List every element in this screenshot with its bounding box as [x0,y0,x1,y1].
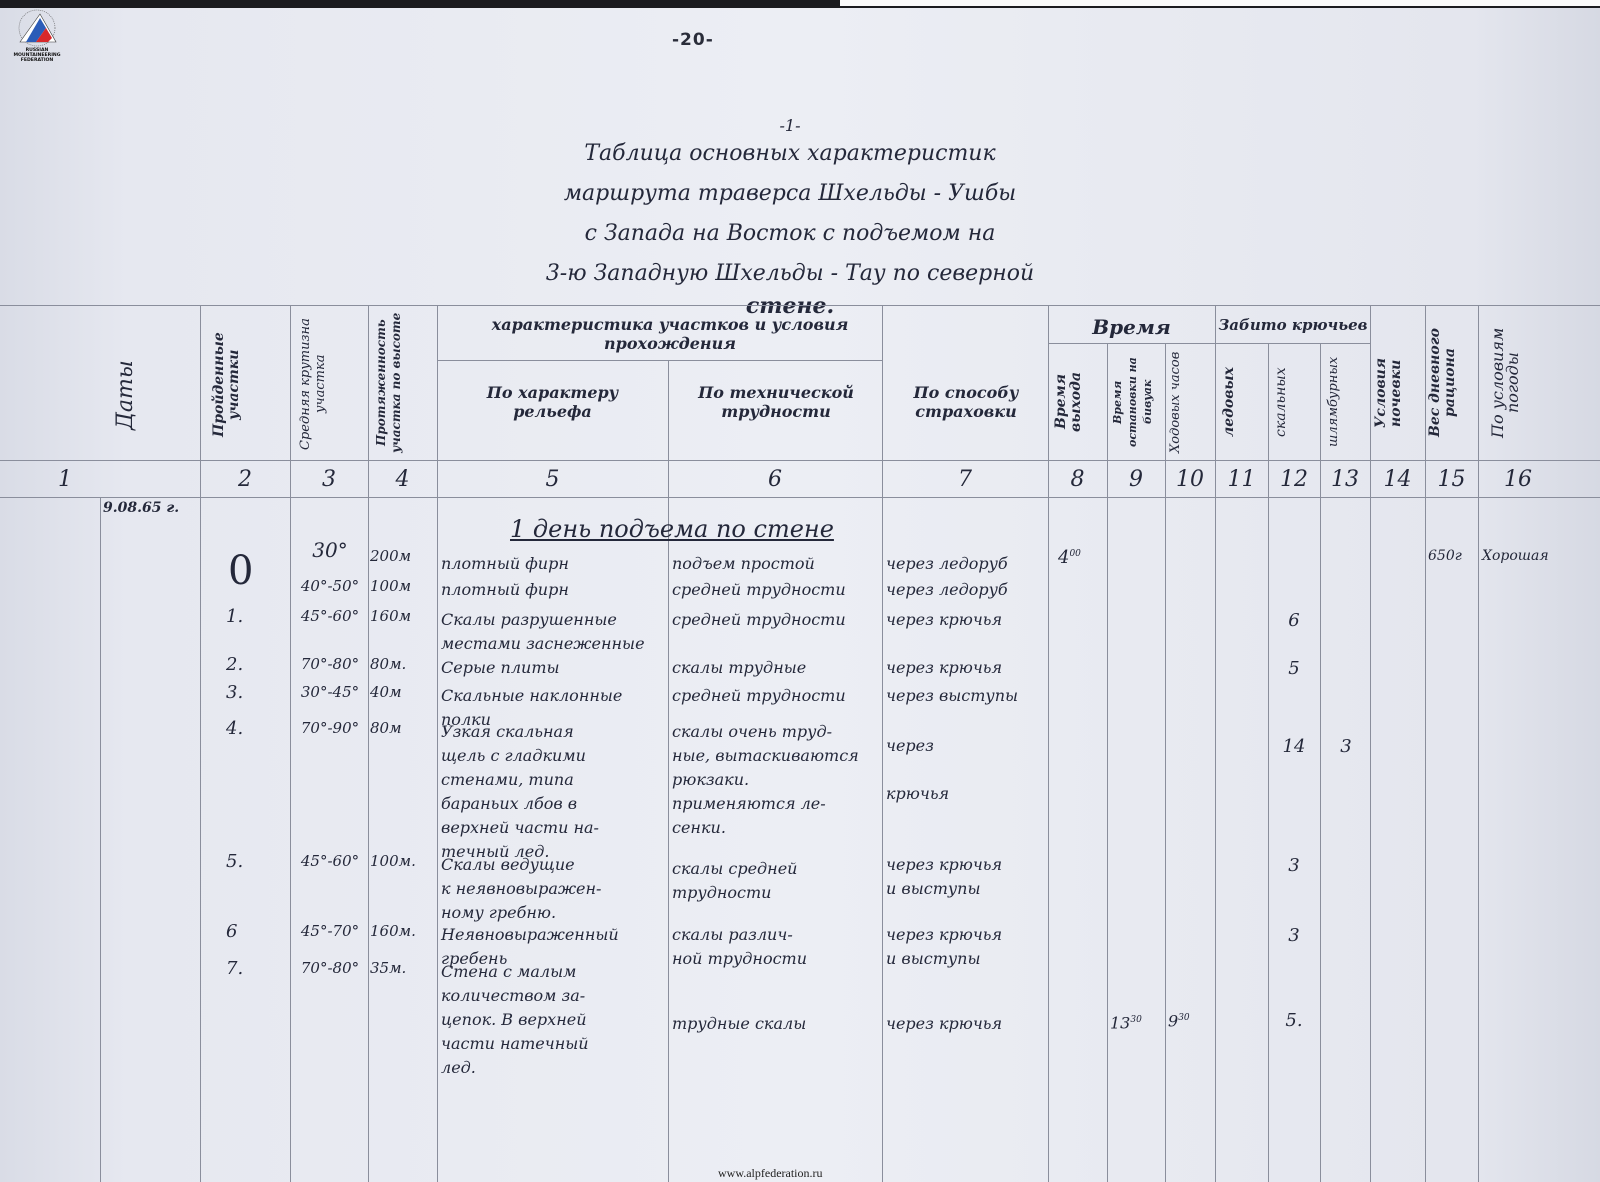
column-number: 6 [668,467,882,492]
length-cell: 160м [370,608,436,625]
page-number: -20- [672,30,714,50]
steepness-cell: 70°-80° [294,656,366,673]
header-avg-steepness: Средняя крутизна участка [298,310,358,458]
header-weather: По условиям погоды [1490,310,1550,456]
header-time-group: Время [1050,318,1213,337]
title-line: Таблица основных характеристик [470,134,1110,174]
column-number: 8 [1048,467,1107,492]
footer-url: www.alpfederation.ru [718,1166,823,1181]
header-section-length: Протяженность участка по высоте [374,308,432,458]
section-number-cell: 4. [226,720,286,737]
walking-hours-cell: 930 [1168,1010,1216,1029]
relief-cell: Серые плиты [441,656,666,680]
rock-pitons-cell: 6 [1272,612,1316,629]
header-technical-difficulty: По технической трудности [676,383,876,421]
column-number: 7 [882,467,1048,492]
steepness-cell: 45°-60° [294,608,366,625]
rock-pitons-cell: 3 [1272,927,1316,944]
steepness-cell: 45°-70° [294,923,366,940]
relief-cell: плотный фирн [441,578,666,602]
section-number-cell: 6 [226,923,286,940]
column-number: 4 [368,467,437,492]
relief-cell: плотный фирн [441,552,666,576]
steepness-cell: 45°-60° [294,853,366,870]
length-cell: 160м. [370,923,436,940]
rock-pitons-cell: 5. [1272,1012,1316,1029]
steepness-cell: 30°-45° [294,684,366,701]
belay-cell: через крючья и выступы [886,853,1046,901]
length-cell: 80м [370,720,436,737]
relief-cell: Скалы ведущие к неявновыражен- ному греб… [441,853,666,925]
length-cell: 200м [370,548,436,565]
belay-cell: через крючья и выступы [886,923,1046,971]
header-bivouac-time: Время остановки на бивуак [1110,348,1162,456]
difficulty-cell: трудные скалы [672,1012,880,1036]
header-exit-time: Время выхода [1054,348,1102,456]
rock-pitons-cell: 3 [1272,857,1316,874]
difficulty-cell: скалы очень труд- ные, вытаскиваются рюк… [672,720,880,840]
header-sections-passed: Пройденные участки [212,312,272,457]
belay-cell: через выступы [886,684,1046,708]
steepness-cell: 30° [294,542,366,559]
mountain-flag-icon [6,8,68,48]
day-title: 1 день подъема по стене [510,515,834,543]
bivouac-time-cell: 1330 [1110,1012,1166,1031]
difficulty-cell: подъем простой [672,552,880,576]
header-rock-pitons: скальных [1274,348,1316,456]
column-number: 12 [1268,467,1320,492]
column-number: 5 [437,467,668,492]
section-number-cell: 3. [226,684,286,701]
relief-cell: Скалы разрушенные местами заснеженные [441,608,666,656]
rock-pitons-cell: 5 [1272,660,1316,677]
header-belay-method: По способу страховки [886,383,1046,421]
difficulty-cell: скалы различ- ной трудности [672,923,880,971]
column-number: 2 [200,467,290,492]
steepness-cell: 40°-50° [294,578,366,595]
difficulty-cell: скалы средней трудности [672,857,880,905]
federation-logo: RUSSIAN MOUNTAINEERING FEDERATION [6,8,68,60]
header-characteristics-group: характеристика участков и условия прохож… [470,315,870,353]
difficulty-cell: средней трудности [672,684,880,708]
belay-cell: через крючья [886,608,1046,632]
section-number-cell: 7. [226,960,286,977]
date-cell: 9.08.65 г. [103,500,179,516]
column-number: 14 [1370,467,1425,492]
zero-section-marker: 0 [228,548,253,594]
title-line: 3-ю Западную Шхельды - Тау по северной [470,254,1110,294]
header-walking-hours: Ходовых часов [1168,348,1212,456]
exit-time-cell: 400 [1058,546,1106,566]
belay-cell: через ледоруб [886,578,1046,602]
section-number-cell: 5. [226,853,286,870]
difficulty-cell: средней трудности [672,578,880,602]
header-ice-pitons: ледовых [1222,348,1264,456]
length-cell: 100м [370,578,436,595]
column-number: 11 [1215,467,1268,492]
header-ration-weight: Вес дневного рациона [1428,310,1476,456]
column-number: 13 [1320,467,1370,492]
relief-cell: Стена с малым количеством за- цепок. В в… [441,960,666,1080]
rock-pitons-cell: 14 [1272,738,1316,755]
length-cell: 35м. [370,960,436,977]
column-number: 9 [1107,467,1165,492]
header-overnight-conditions: Условия ночевки [1374,330,1422,456]
section-number: -1- [470,118,1110,134]
column-number: 16 [1478,467,1558,492]
bolts-cell: 3 [1324,738,1368,755]
header-pitons-group: Забито крючьев [1217,316,1369,335]
scan-top-edge [0,0,1600,8]
belay-cell: через ледоруб [886,552,1046,576]
length-cell: 40м [370,684,436,701]
belay-cell: через крючья [886,1012,1046,1036]
steepness-cell: 70°-90° [294,720,366,737]
title-line: маршрута траверса Шхельды - Ушбы [470,174,1110,214]
length-cell: 100м. [370,853,436,870]
header-bolts: шлямбурных [1326,348,1366,456]
document-title: -1- Таблица основных характеристик маршр… [470,118,1110,318]
header-relief: По характеру рельефа [445,383,660,421]
section-number-cell: 1. [226,608,286,625]
length-cell: 80м. [370,656,436,673]
column-number: 15 [1425,467,1478,492]
column-number: 10 [1165,467,1215,492]
belay-cell: через крючья [886,656,1046,680]
title-line: с Запада на Восток с подъемом на [470,214,1110,254]
section-number-cell: 2. [226,656,286,673]
difficulty-cell: средней трудности [672,608,880,632]
header-dates: Даты [118,340,133,450]
weather-cell: Хорошая [1482,548,1600,565]
logo-caption: RUSSIAN MOUNTAINEERING FEDERATION [6,48,68,63]
belay-cell: через крючья [886,734,1046,806]
difficulty-cell: скалы трудные [672,656,880,680]
relief-cell: Узкая скальная щель с гладкими стенами, … [441,720,666,864]
ration-weight-cell: 650г [1428,548,1478,565]
steepness-cell: 70°-80° [294,960,366,977]
column-number: 1 [0,467,130,492]
column-number: 3 [290,467,368,492]
